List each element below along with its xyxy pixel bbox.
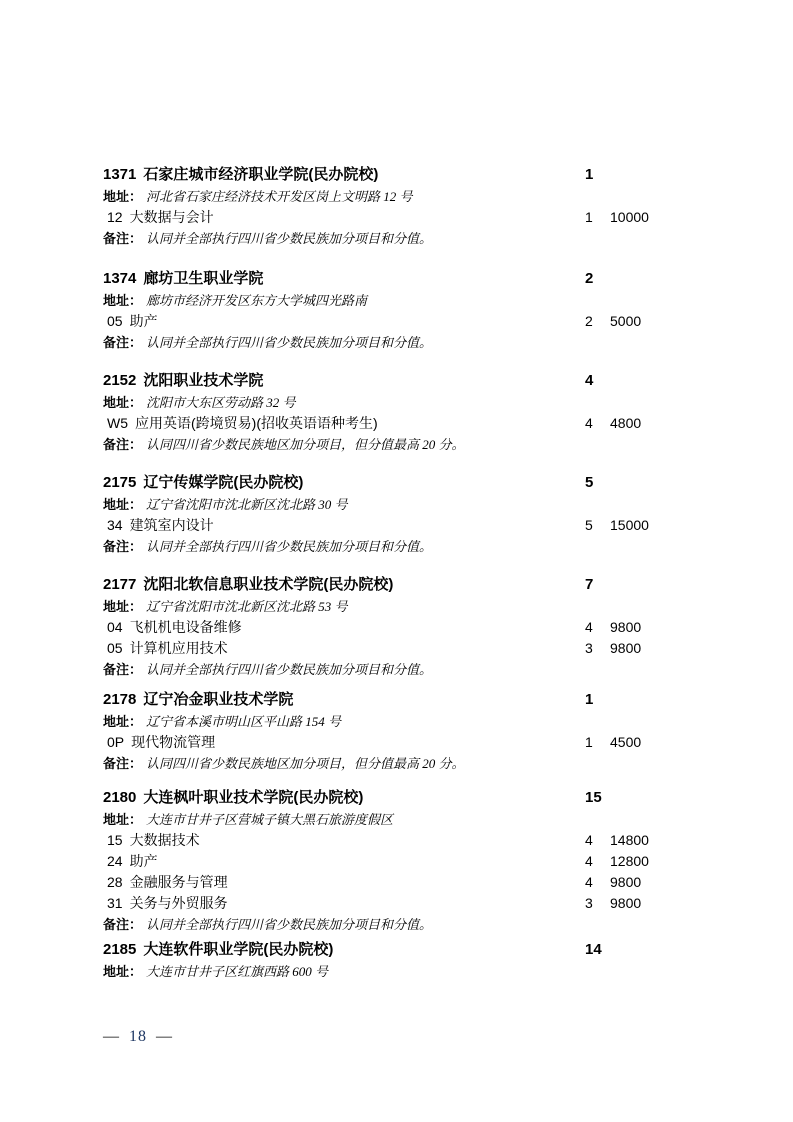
college-remark-row: 备注：认同并全部执行四川省少数民族加分项目和分值。 <box>103 536 663 557</box>
college-name: 沈阳职业技术学院 <box>143 372 263 389</box>
college-remark: 认同并全部执行四川省少数民族加分项目和分值。 <box>146 539 432 554</box>
college-plan-total: 1 <box>585 688 593 711</box>
major-tuition-fee: 9800 <box>610 872 641 893</box>
remark-label: 备注： <box>103 662 142 677</box>
college-plan-total: 2 <box>585 267 593 290</box>
address-label: 地址： <box>103 497 142 512</box>
college-address-row: 地址：大连市甘井子区营城子镇大黑石旅游度假区 <box>103 809 663 830</box>
major-row: 15大数据技术 4 14800 <box>103 830 663 851</box>
major-name: 金融服务与管理 <box>130 874 228 890</box>
major-name: 大数据与会计 <box>130 209 214 225</box>
major-name: 关务与外贸服务 <box>130 895 228 911</box>
major-row: 05助产 2 5000 <box>103 311 663 332</box>
college-remark-row: 备注：认同并全部执行四川省少数民族加分项目和分值。 <box>103 914 663 935</box>
college-plan-total: 14 <box>585 938 602 961</box>
college-address-row: 地址：河北省石家庄经济技术开发区岗上文明路 12 号 <box>103 186 663 207</box>
major-code: 05 <box>107 313 123 329</box>
college-plan-total: 4 <box>585 369 593 392</box>
footer-dash-left: — <box>103 1028 120 1045</box>
college-block: 2175辽宁传媒学院(民办院校) 5 地址：辽宁省沈阳市沈北新区沈北路 30 号… <box>103 471 663 557</box>
major-code: 12 <box>107 209 123 225</box>
major-code: 0P <box>107 734 124 750</box>
major-row: 04飞机机电设备维修 4 9800 <box>103 617 663 638</box>
remark-label: 备注： <box>103 917 142 932</box>
college-name: 辽宁传媒学院(民办院校) <box>143 474 303 491</box>
major-row: 34建筑室内设计 5 15000 <box>103 515 663 536</box>
college-code: 2180 <box>103 789 136 806</box>
major-plan-count: 2 <box>585 311 593 332</box>
college-block: 2178辽宁冶金职业技术学院 1 地址：辽宁省本溪市明山区平山路 154 号 0… <box>103 688 663 774</box>
major-name: 助产 <box>130 853 158 869</box>
major-tuition-fee: 4800 <box>610 413 641 434</box>
major-row: 24助产 4 12800 <box>103 851 663 872</box>
major-tuition-fee: 9800 <box>610 893 641 914</box>
college-name: 廊坊卫生职业学院 <box>143 270 263 287</box>
major-tuition-fee: 14800 <box>610 830 649 851</box>
major-tuition-fee: 12800 <box>610 851 649 872</box>
college-header: 1371石家庄城市经济职业学院(民办院校) 1 <box>103 163 663 186</box>
college-name: 沈阳北软信息职业技术学院(民办院校) <box>143 576 393 593</box>
address-label: 地址： <box>103 189 142 204</box>
college-plan-total: 7 <box>585 573 593 596</box>
college-plan-total: 5 <box>585 471 593 494</box>
college-block: 2185大连软件职业学院(民办院校) 14 地址：大连市甘井子区红旗西路 600… <box>103 938 663 982</box>
college-header: 2152沈阳职业技术学院 4 <box>103 369 663 392</box>
major-row: 28金融服务与管理 4 9800 <box>103 872 663 893</box>
college-address-row: 地址：沈阳市大东区劳动路 32 号 <box>103 392 663 413</box>
college-header: 1374廊坊卫生职业学院 2 <box>103 267 663 290</box>
remark-label: 备注： <box>103 335 142 350</box>
major-code: W5 <box>107 415 128 431</box>
major-name: 飞机机电设备维修 <box>130 619 242 635</box>
major-code: 04 <box>107 619 123 635</box>
college-block: 1371石家庄城市经济职业学院(民办院校) 1 地址：河北省石家庄经济技术开发区… <box>103 163 663 249</box>
address-label: 地址： <box>103 293 142 308</box>
major-plan-count: 4 <box>585 830 593 851</box>
college-address: 河北省石家庄经济技术开发区岗上文明路 12 号 <box>146 189 413 204</box>
college-address-row: 地址：辽宁省沈阳市沈北新区沈北路 30 号 <box>103 494 663 515</box>
college-address: 大连市甘井子区营城子镇大黑石旅游度假区 <box>146 812 393 827</box>
major-row: 05计算机应用技术 3 9800 <box>103 638 663 659</box>
major-tuition-fee: 15000 <box>610 515 649 536</box>
college-remark: 认同四川省少数民族地区加分项目，但分值最高 20 分。 <box>146 756 465 771</box>
major-code: 15 <box>107 832 123 848</box>
college-remark: 认同并全部执行四川省少数民族加分项目和分值。 <box>146 662 432 677</box>
address-label: 地址： <box>103 812 142 827</box>
college-remark-row: 备注：认同四川省少数民族地区加分项目，但分值最高 20 分。 <box>103 434 663 455</box>
major-tuition-fee: 9800 <box>610 617 641 638</box>
page-footer: —18— <box>103 1028 173 1046</box>
college-address-row: 地址：辽宁省本溪市明山区平山路 154 号 <box>103 711 663 732</box>
college-block: 1374廊坊卫生职业学院 2 地址：廊坊市经济开发区东方大学城四光路南 05助产… <box>103 267 663 353</box>
college-remark-row: 备注：认同并全部执行四川省少数民族加分项目和分值。 <box>103 332 663 353</box>
major-tuition-fee: 9800 <box>610 638 641 659</box>
major-plan-count: 4 <box>585 872 593 893</box>
college-remark: 认同四川省少数民族地区加分项目，但分值最高 20 分。 <box>146 437 465 452</box>
college-code: 2175 <box>103 474 136 491</box>
college-address: 廊坊市经济开发区东方大学城四光路南 <box>146 293 367 308</box>
college-remark-row: 备注：认同四川省少数民族地区加分项目，但分值最高 20 分。 <box>103 753 663 774</box>
major-plan-count: 1 <box>585 207 593 228</box>
college-block: 2177沈阳北软信息职业技术学院(民办院校) 7 地址：辽宁省沈阳市沈北新区沈北… <box>103 573 663 680</box>
major-code: 34 <box>107 517 123 533</box>
college-address: 辽宁省沈阳市沈北新区沈北路 30 号 <box>146 497 348 512</box>
college-header: 2185大连软件职业学院(民办院校) 14 <box>103 938 663 961</box>
college-code: 2152 <box>103 372 136 389</box>
major-tuition-fee: 10000 <box>610 207 649 228</box>
college-address-row: 地址：辽宁省沈阳市沈北新区沈北路 53 号 <box>103 596 663 617</box>
college-remark: 认同并全部执行四川省少数民族加分项目和分值。 <box>146 917 432 932</box>
major-plan-count: 4 <box>585 851 593 872</box>
major-tuition-fee: 4500 <box>610 732 641 753</box>
remark-label: 备注： <box>103 231 142 246</box>
college-code: 1374 <box>103 270 136 287</box>
major-row: 0P现代物流管理 1 4500 <box>103 732 663 753</box>
remark-label: 备注： <box>103 756 142 771</box>
address-label: 地址： <box>103 964 142 979</box>
major-tuition-fee: 5000 <box>610 311 641 332</box>
address-label: 地址： <box>103 714 142 729</box>
major-name: 大数据技术 <box>130 832 200 848</box>
major-name: 现代物流管理 <box>131 734 215 750</box>
college-code: 2178 <box>103 691 136 708</box>
college-remark-row: 备注：认同并全部执行四川省少数民族加分项目和分值。 <box>103 228 663 249</box>
college-plan-total: 15 <box>585 786 602 809</box>
college-header: 2175辽宁传媒学院(民办院校) 5 <box>103 471 663 494</box>
college-code: 2185 <box>103 941 136 958</box>
major-row: 12大数据与会计 1 10000 <box>103 207 663 228</box>
college-name: 大连枫叶职业技术学院(民办院校) <box>143 789 363 806</box>
college-remark-row: 备注：认同并全部执行四川省少数民族加分项目和分值。 <box>103 659 663 680</box>
major-code: 31 <box>107 895 123 911</box>
major-row: 31关务与外贸服务 3 9800 <box>103 893 663 914</box>
college-address: 辽宁省本溪市明山区平山路 154 号 <box>146 714 341 729</box>
major-name: 建筑室内设计 <box>130 517 214 533</box>
address-label: 地址： <box>103 395 142 410</box>
college-name: 辽宁冶金职业技术学院 <box>143 691 293 708</box>
major-plan-count: 3 <box>585 638 593 659</box>
major-plan-count: 4 <box>585 617 593 638</box>
footer-dash-right: — <box>156 1028 173 1045</box>
page-number: 18 <box>129 1028 147 1045</box>
major-plan-count: 4 <box>585 413 593 434</box>
college-remark: 认同并全部执行四川省少数民族加分项目和分值。 <box>146 231 432 246</box>
major-name: 应用英语(跨境贸易)(招收英语语种考生) <box>135 415 378 431</box>
major-code: 24 <box>107 853 123 869</box>
major-name: 助产 <box>130 313 158 329</box>
college-address: 辽宁省沈阳市沈北新区沈北路 53 号 <box>146 599 348 614</box>
college-plan-total: 1 <box>585 163 593 186</box>
college-code: 2177 <box>103 576 136 593</box>
college-block: 2180大连枫叶职业技术学院(民办院校) 15 地址：大连市甘井子区营城子镇大黑… <box>103 786 663 935</box>
major-name: 计算机应用技术 <box>130 640 228 656</box>
college-address: 大连市甘井子区红旗西路 600 号 <box>146 964 328 979</box>
college-name: 石家庄城市经济职业学院(民办院校) <box>143 166 378 183</box>
major-plan-count: 5 <box>585 515 593 536</box>
college-name: 大连软件职业学院(民办院校) <box>143 941 333 958</box>
college-block: 2152沈阳职业技术学院 4 地址：沈阳市大东区劳动路 32 号 W5应用英语(… <box>103 369 663 455</box>
college-header: 2180大连枫叶职业技术学院(民办院校) 15 <box>103 786 663 809</box>
college-header: 2177沈阳北软信息职业技术学院(民办院校) 7 <box>103 573 663 596</box>
college-address-row: 地址：廊坊市经济开发区东方大学城四光路南 <box>103 290 663 311</box>
major-row: W5应用英语(跨境贸易)(招收英语语种考生) 4 4800 <box>103 413 663 434</box>
college-header: 2178辽宁冶金职业技术学院 1 <box>103 688 663 711</box>
address-label: 地址： <box>103 599 142 614</box>
college-address-row: 地址：大连市甘井子区红旗西路 600 号 <box>103 961 663 982</box>
college-remark: 认同并全部执行四川省少数民族加分项目和分值。 <box>146 335 432 350</box>
remark-label: 备注： <box>103 539 142 554</box>
major-code: 28 <box>107 874 123 890</box>
major-plan-count: 3 <box>585 893 593 914</box>
major-plan-count: 1 <box>585 732 593 753</box>
college-address: 沈阳市大东区劳动路 32 号 <box>146 395 296 410</box>
remark-label: 备注： <box>103 437 142 452</box>
major-code: 05 <box>107 640 123 656</box>
college-code: 1371 <box>103 166 136 183</box>
